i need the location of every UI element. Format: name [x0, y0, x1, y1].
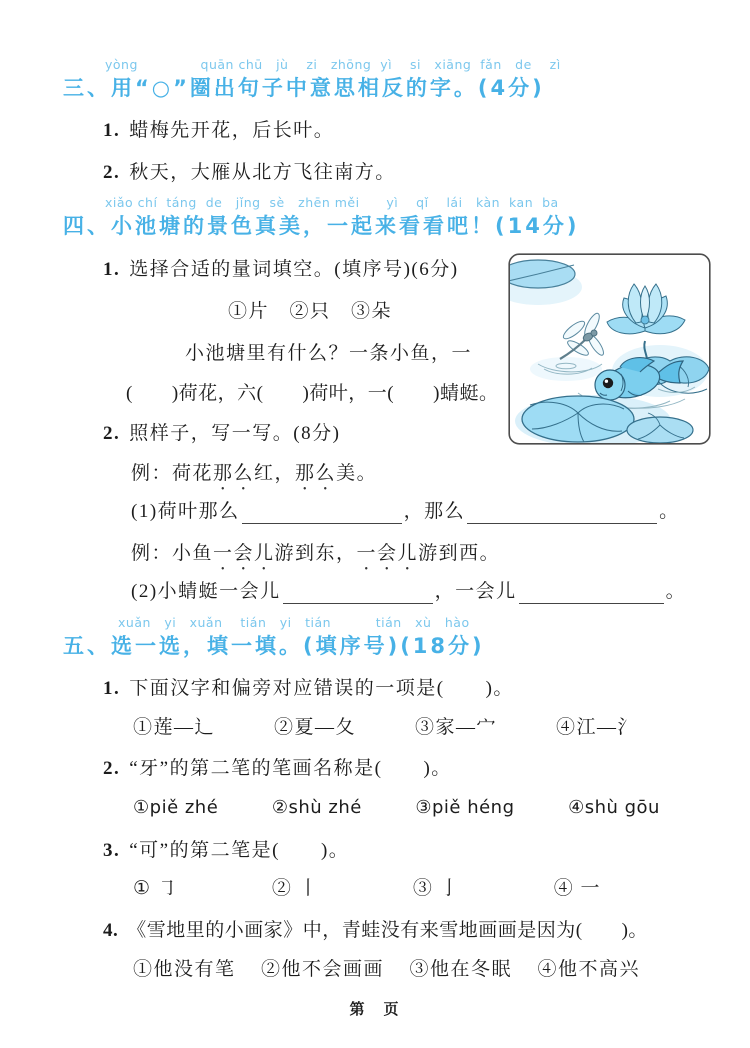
q2-option-3: ③piě héng: [415, 797, 514, 820]
item-text: 蜡梅先开花，后长叶。: [129, 120, 334, 141]
q2-option-2: ②shù zhé: [272, 797, 362, 820]
section3-title: 三、用“○”圈出句子中意思相反的字。(4分): [63, 76, 545, 100]
q1-option-1: ①莲—辶: [133, 716, 215, 740]
section5-pinyin: xuǎn yi xuǎn tián yi tián tián xù hào: [118, 615, 470, 630]
passage-line-2: ( )荷花，六( )荷叶，一( )蜻蜓。: [126, 382, 498, 406]
q1-option-2: ②夏—夂: [274, 716, 356, 740]
fill-text: 。: [659, 501, 680, 522]
question-text: 下面汉字和偏旁对应错误的一项是( )。: [129, 678, 514, 699]
example-text: 美。: [336, 463, 377, 484]
q3-option-1: ① ㇆: [133, 877, 178, 901]
q2-option-1: ①piě zhé: [133, 797, 218, 820]
question-text: “牙”的第二笔的笔画名称是( )。: [129, 758, 452, 779]
q1-option-4: ④江—氵: [556, 716, 638, 740]
q4-option-2: ②他不会画画: [261, 958, 384, 982]
item-text: 选择合适的量词填空。(填序号)(6分): [129, 259, 458, 280]
section4-title: 四、小池塘的景色真美，一起来看看吧！(14分): [63, 214, 579, 238]
emphasized-word: 一会儿: [213, 543, 275, 564]
answer-blank: [283, 583, 433, 604]
measure-word-options: ①片 ②只 ③朵: [228, 300, 392, 324]
item-text: 秋天，大雁从北方飞往南方。: [129, 162, 396, 183]
example-text: 例：小鱼: [131, 543, 213, 564]
example-text: 游到东，: [275, 543, 357, 564]
item-number: 2.: [103, 758, 120, 779]
example-text: 游到西。: [418, 543, 500, 564]
q2-option-4: ④shù gōu: [568, 797, 660, 820]
q3-option-2: ② 丨: [272, 877, 319, 901]
q3-option-4: ④ 一: [554, 877, 601, 901]
fill-text: (2)小蜻蜓一会儿: [131, 581, 281, 602]
section5-question-1: 1.下面汉字和偏旁对应错误的一项是( )。: [103, 677, 514, 701]
section3-item-1: 1.蜡梅先开花，后长叶。: [103, 119, 334, 143]
example-sentence-1: 例：荷花那么红，那么美。: [131, 462, 377, 495]
section4-pinyin: xiǎo chí táng de jǐng sè zhēn měi yì qǐ …: [105, 195, 559, 210]
item-number: 1.: [103, 259, 120, 280]
emphasized-word: 一会儿: [357, 543, 419, 564]
q2-options-row: ①piě zhé ②shù zhé ③piě héng ④shù gōu: [133, 797, 660, 820]
passage-line-1: 小池塘里有什么？一条小鱼，一: [185, 342, 472, 366]
item-number: 2.: [103, 423, 120, 444]
example-sentence-2: 例：小鱼一会儿游到东，一会儿游到西。: [131, 542, 500, 575]
fill-text: ，那么: [404, 501, 466, 522]
emphasized-word: 那么: [295, 463, 336, 484]
item-number: 3.: [103, 840, 120, 861]
item-text: 照样子，写一写。(8分): [129, 423, 340, 444]
q4-option-4: ④他不高兴: [537, 958, 640, 982]
page-footer: 第 页: [0, 998, 750, 1019]
q1-options-row: ①莲—辶 ②夏—夂 ③家—宀 ④江—氵: [133, 716, 638, 740]
q4-options-row: ①他没有笔 ②他不会画画 ③他在冬眠 ④他不高兴: [133, 958, 640, 982]
lily-pad-bottom-large-icon: [522, 396, 634, 442]
section5-question-3: 3.“可”的第二笔是( )。: [103, 839, 349, 863]
lily-pad-top-icon: [508, 260, 575, 288]
section5-question-4: 4.《雪地里的小画家》中，青蛙没有来雪地画画是因为( )。: [103, 919, 648, 943]
section5-title: 五、选一选，填一填。(填序号)(18分): [63, 634, 485, 658]
item-number: 4.: [103, 920, 118, 941]
fill-text: 。: [666, 581, 687, 602]
answer-blank: [519, 583, 664, 604]
answer-blank: [242, 503, 402, 524]
pond-illustration: [508, 253, 711, 450]
worksheet-page: yòng quān chū jù zi zhōng yì si xiāng fǎ…: [0, 0, 750, 1048]
fill-text: ，一会儿: [435, 581, 517, 602]
q3-options-row: ① ㇆ ② 丨 ③ 亅 ④ 一: [133, 877, 601, 901]
item-number: 2.: [103, 162, 120, 183]
example-text: 红，: [254, 463, 295, 484]
example-text: 例：荷花: [131, 463, 213, 484]
q4-option-1: ①他没有笔: [133, 958, 236, 982]
fill-text: (1)荷叶那么: [131, 501, 240, 522]
fill-in-line-2: (2)小蜻蜓一会儿，一会儿。: [131, 580, 686, 604]
question-text: 《雪地里的小画家》中，青蛙没有来雪地画画是因为( )。: [127, 920, 648, 941]
q1-option-3: ③家—宀: [415, 716, 497, 740]
answer-blank: [467, 503, 657, 524]
section3-item-2: 2.秋天，大雁从北方飞往南方。: [103, 161, 396, 185]
section5-question-2: 2.“牙”的第二笔的笔画名称是( )。: [103, 757, 452, 781]
q3-option-3: ③ 亅: [413, 877, 460, 901]
section4-question-1: 1.选择合适的量词填空。(填序号)(6分): [103, 258, 459, 282]
emphasized-word: 那么: [213, 463, 254, 484]
section4-question-2: 2.照样子，写一写。(8分): [103, 422, 340, 446]
section3-pinyin: yòng quān chū jù zi zhōng yì si xiāng fǎ…: [105, 57, 561, 72]
question-text: “可”的第二笔是( )。: [129, 840, 349, 861]
q4-option-3: ③他在冬眠: [409, 958, 512, 982]
fill-in-line-1: (1)荷叶那么，那么。: [131, 500, 680, 524]
item-number: 1.: [103, 120, 120, 141]
item-number: 1.: [103, 678, 120, 699]
